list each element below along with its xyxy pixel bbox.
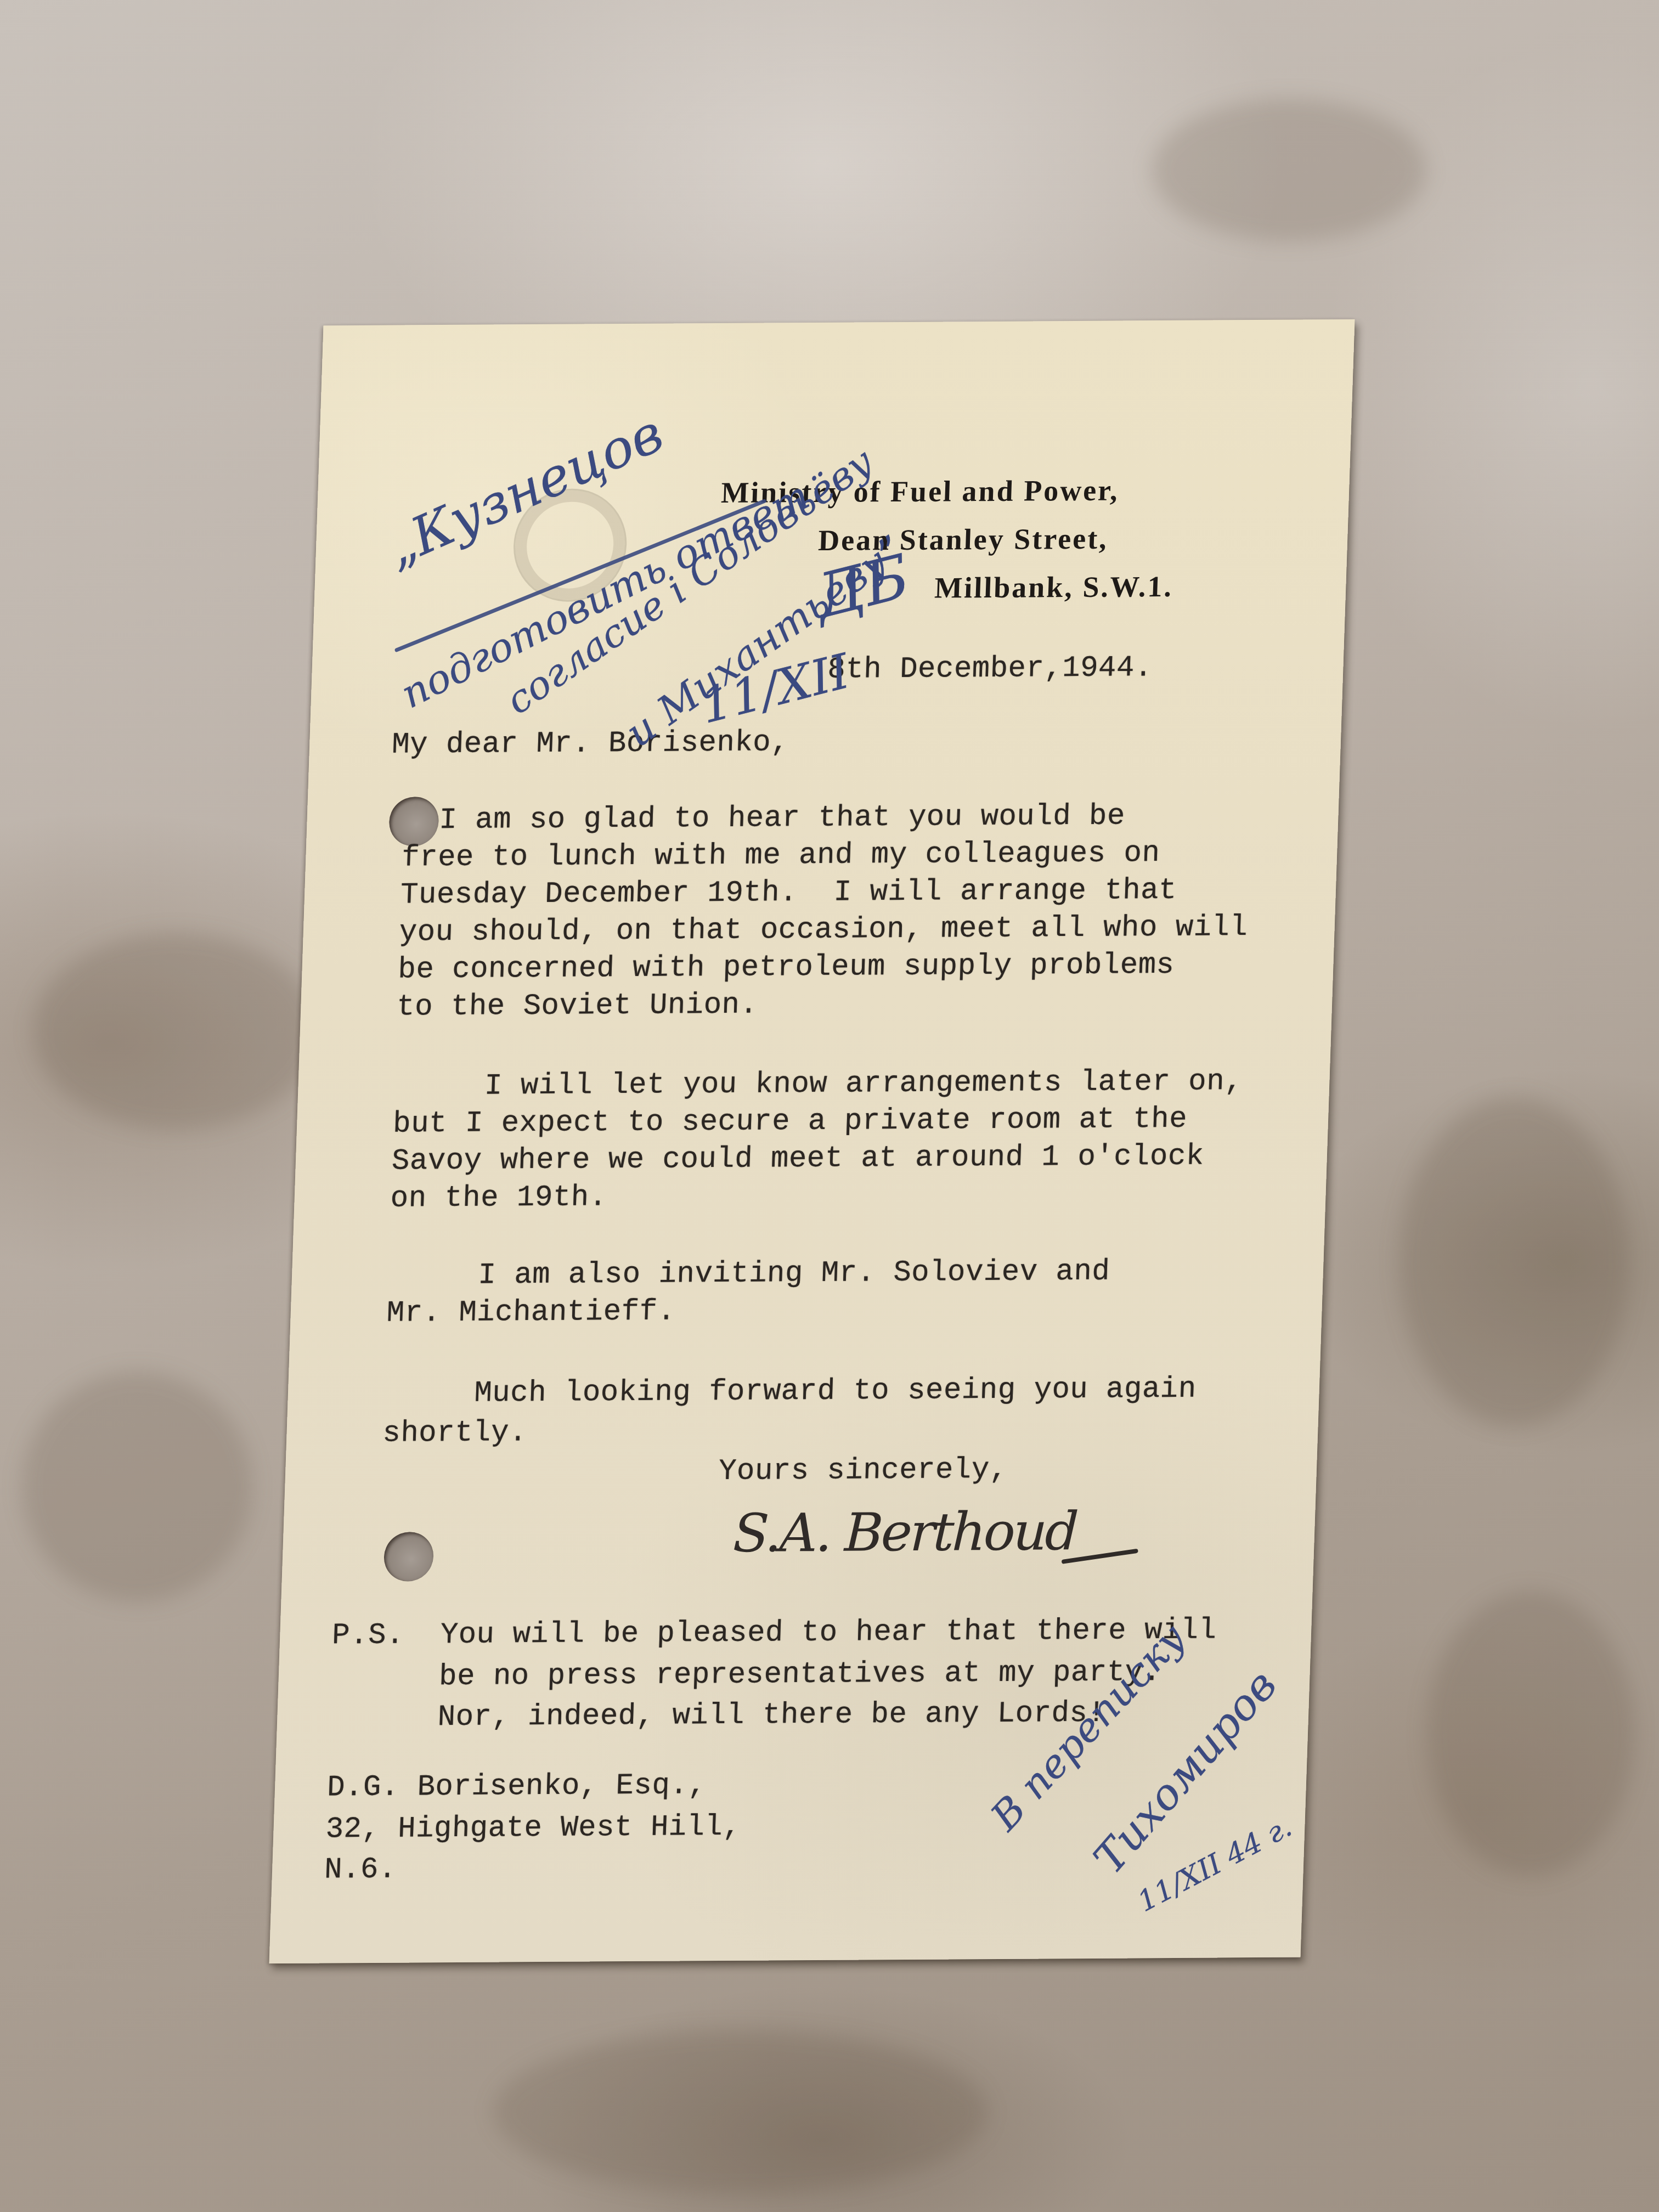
body-line: I will let you know arrangements later o…: [393, 1063, 1243, 1105]
background-stain: [33, 933, 318, 1130]
address-line: N.6.: [324, 1852, 397, 1889]
background-stain: [1426, 1591, 1635, 1876]
body-line: shortly.: [382, 1414, 528, 1453]
body-line: I am also inviting Mr. Soloviev and: [387, 1254, 1110, 1295]
body-line: free to lunch with me and my colleagues …: [401, 835, 1160, 877]
body-line: be concerned with petroleum supply probl…: [397, 947, 1175, 989]
background-stain: [1152, 99, 1426, 241]
body-line: I am so glad to hear that you would be: [402, 798, 1125, 839]
letter-date: 8th December,1944.: [827, 650, 1153, 689]
handwritten-annotation-bottom: В переписку Тихомиров 11/XII 44 г.: [324, 319, 1355, 325]
letterhead-line-3: Millbank, S.W.1.: [934, 569, 1173, 605]
body-line: you should, on that occasion, meet all w…: [399, 909, 1249, 951]
body-line: Savoy where we could meet at around 1 o'…: [391, 1138, 1205, 1181]
background-stain: [1399, 1097, 1629, 1426]
signature: S.A. Berthoud: [732, 1500, 1077, 1564]
postscript-line: P.S. You will be pleased to hear that th…: [331, 1612, 1217, 1655]
address-line: 32, Highgate West Hill,: [325, 1809, 741, 1849]
salutation: My dear Mr. Borisenko,: [391, 724, 789, 764]
punch-hole-bottom: [383, 1532, 435, 1582]
body-line: to the Soviet Union.: [396, 987, 758, 1026]
letter-paper: Ministry of Fuel and Power, Dean Stanley…: [269, 319, 1355, 1963]
body-line: but I expect to secure a private room at…: [392, 1101, 1188, 1143]
body-line: on the 19th.: [390, 1179, 608, 1217]
body-line: Much looking forward to seeing you again: [383, 1371, 1197, 1413]
letterhead: Ministry of Fuel and Power, Dean Stanley…: [324, 319, 1355, 325]
body-line: Mr. Michantieff.: [386, 1294, 676, 1333]
postscript-line: be no press representatives at my party.: [330, 1654, 1162, 1696]
closing: Yours sincerely,: [718, 1452, 1008, 1491]
postscript-line: Nor, indeed, will there be any Lords!: [329, 1695, 1106, 1737]
address-line: D.G. Borisenko, Esq.,: [326, 1767, 707, 1807]
background-stain: [494, 2030, 988, 2194]
background-stain: [22, 1372, 252, 1602]
body-line: Tuesday December 19th. I will arrange th…: [400, 872, 1177, 915]
handwritten-annotation-top: „Кузнецов подготовить ответ согласие i С…: [324, 319, 1355, 325]
